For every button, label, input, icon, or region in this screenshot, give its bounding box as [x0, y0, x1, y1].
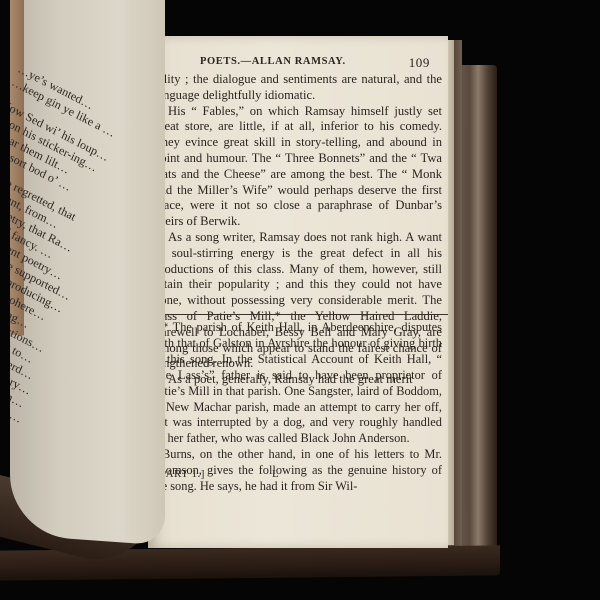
footnote: * The parish of Keith Hall, in Aberdeens…	[152, 320, 442, 447]
running-head-title: POETS.—ALLAN RAMSAY.	[200, 56, 346, 67]
left-page-text: …ye’s wanted… …keep gin ye like a … Now …	[10, 43, 165, 541]
book-photo: POETS.—ALLAN RAMSAY. 109 bility ; the di…	[0, 0, 600, 600]
signature-mark: L	[272, 468, 279, 480]
page-fore-edge	[448, 40, 454, 545]
paragraph: His “ Fables,” on which Ramsay himself j…	[154, 104, 442, 230]
page-number: 109	[409, 55, 430, 71]
running-head: POETS.—ALLAN RAMSAY. 109	[148, 56, 448, 70]
footnote-rule	[148, 314, 448, 315]
part-marker: PART 1.]	[160, 468, 205, 480]
left-page: …ye’s wanted… …keep gin ye like a … Now …	[10, 0, 165, 545]
signature-line: PART 1.] L	[160, 468, 440, 482]
paragraph: bility ; the dialogue and sentiments are…	[154, 72, 442, 104]
right-page: POETS.—ALLAN RAMSAY. 109 bility ; the di…	[148, 36, 448, 548]
